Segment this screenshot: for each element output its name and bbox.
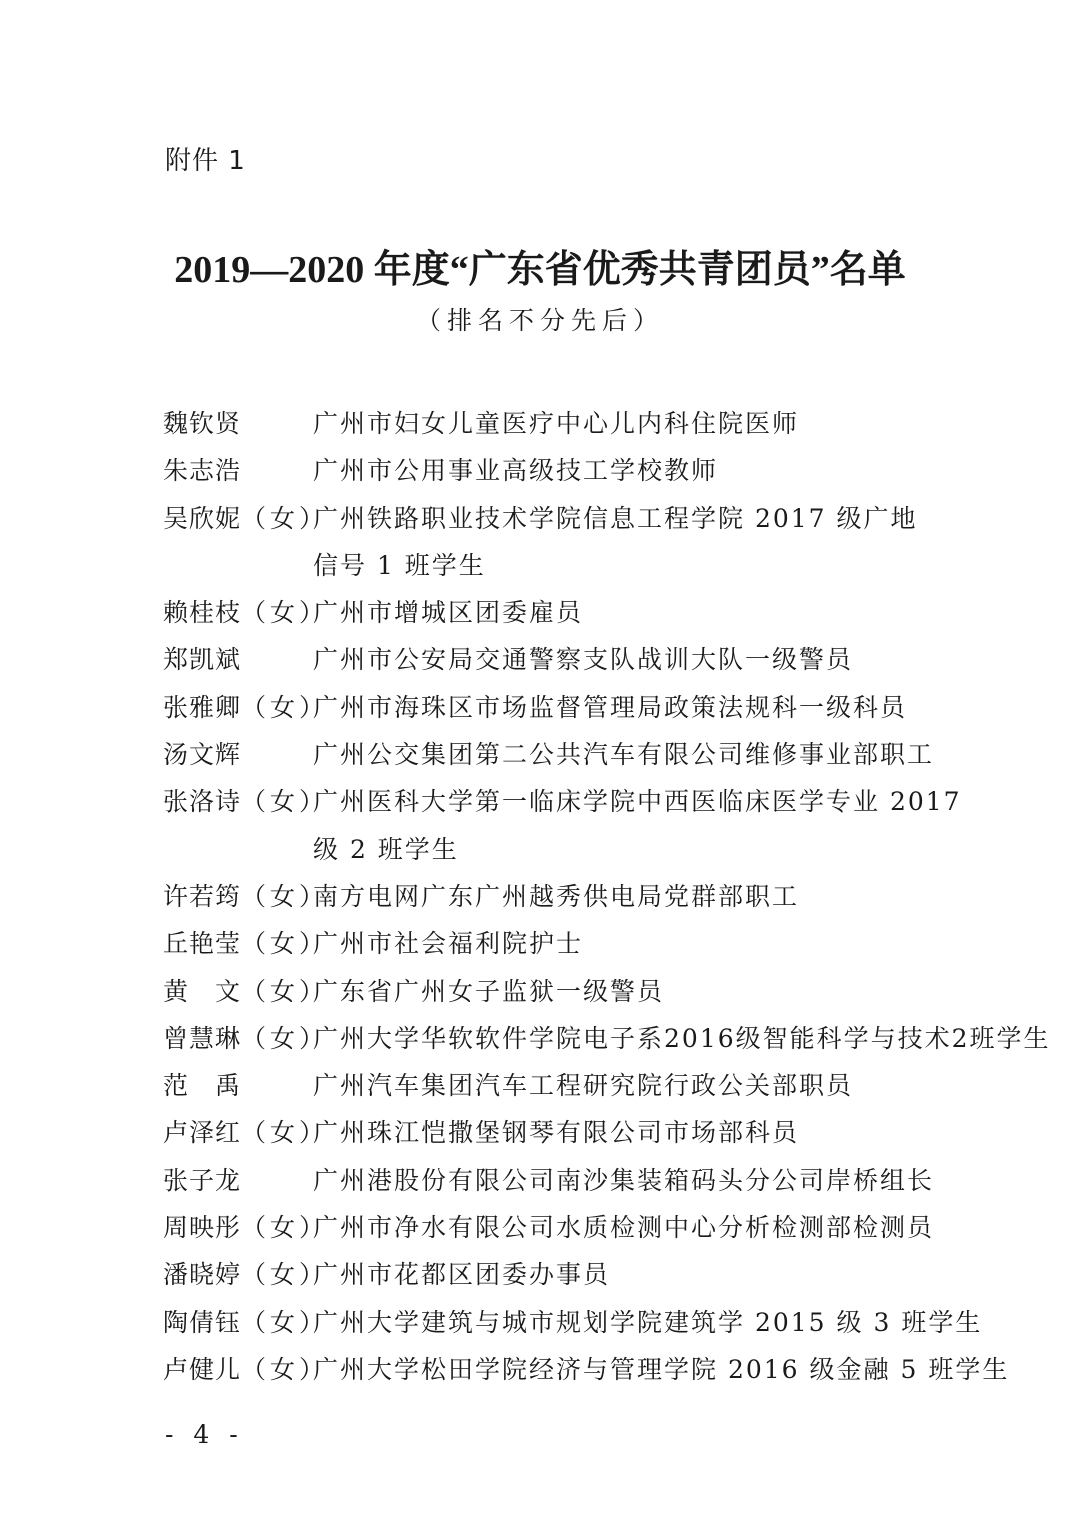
list-item: 张洛诗（女）广州医科大学第一临床学院中西医临床医学专业 2017级 2 班学生 [163,782,963,877]
affiliation-line: 广州市海珠区市场监督管理局政策法规科一级科员 [313,688,963,735]
gender-tag: （女） [241,782,328,822]
gender-tag: （女） [241,1208,328,1248]
honoree-affiliation: 广州珠江恺撒堡钢琴有限公司市场部科员 [313,1113,963,1160]
affiliation-line: 广州市妇女儿童医疗中心儿内科住院医师 [313,404,963,451]
honoree-name: 卢泽红 [163,1118,241,1147]
honoree-list: 魏钦贤广州市妇女儿童医疗中心儿内科住院医师朱志浩广州市公用事业高级技工学校教师吴… [163,404,963,1397]
honoree-name-cell: 魏钦贤 [163,404,313,451]
honoree-name-cell: 周映彤（女） [163,1208,313,1255]
affiliation-line: 信号 1 班学生 [313,546,963,593]
affiliation-line: 广州汽车集团汽车工程研究院行政公关部职员 [313,1066,963,1113]
affiliation-line: 广州铁路职业技术学院信息工程学院 2017 级广地 [313,499,963,546]
gender-tag: （女） [241,593,328,633]
list-item: 丘艳莹（女）广州市社会福利院护士 [163,924,963,971]
document-title: 2019—2020 年度“广东省优秀共青团员”名单 [0,238,1080,293]
list-item: 潘晓婷（女）广州市花都区团委办事员 [163,1255,963,1302]
honoree-name: 黄 文 [163,977,241,1006]
honoree-name: 陶倩钰 [163,1308,241,1337]
gender-tag: （女） [241,499,328,539]
affiliation-line: 广州港股份有限公司南沙集装箱码头分公司岸桥组长 [313,1161,963,1208]
list-item: 郑凯斌广州市公安局交通警察支队战训大队一级警员 [163,640,963,687]
honoree-affiliation: 广州大学松田学院经济与管理学院 2016 级金融 5 班学生 [313,1350,1009,1397]
gender-tag: （女） [241,924,328,964]
list-item: 陶倩钰（女）广州大学建筑与城市规划学院建筑学 2015 级 3 班学生 [163,1303,963,1350]
gender-tag: （女） [241,688,328,728]
list-item: 曾慧琳（女）广州大学华软软件学院电子系2016级智能科学与技术2班学生 [163,1019,963,1066]
list-item: 朱志浩广州市公用事业高级技工学校教师 [163,451,963,498]
list-item: 卢泽红（女）广州珠江恺撒堡钢琴有限公司市场部科员 [163,1113,963,1160]
honoree-name-cell: 汤文辉 [163,735,313,782]
honoree-affiliation: 广州市增城区团委雇员 [313,593,963,640]
honoree-name: 朱志浩 [163,456,241,485]
honoree-name-cell: 张雅卿（女） [163,688,313,735]
page-number: - 4 - [165,1420,244,1449]
affiliation-line: 广州公交集团第二公共汽车有限公司维修事业部职工 [313,735,963,782]
affiliation-line: 广州珠江恺撒堡钢琴有限公司市场部科员 [313,1113,963,1160]
list-item: 周映彤（女）广州市净水有限公司水质检测中心分析检测部检测员 [163,1208,963,1255]
honoree-affiliation: 广州市社会福利院护士 [313,924,963,971]
honoree-name: 郑凯斌 [163,645,241,674]
attachment-label: 附件 1 [165,140,246,177]
honoree-name: 张子龙 [163,1166,241,1195]
honoree-affiliation: 广州公交集团第二公共汽车有限公司维修事业部职工 [313,735,963,782]
list-item: 吴欣妮（女）广州铁路职业技术学院信息工程学院 2017 级广地信号 1 班学生 [163,499,963,594]
gender-tag: （女） [241,1255,328,1295]
honoree-name: 张雅卿 [163,693,241,722]
honoree-name: 周映彤 [163,1213,241,1242]
honoree-affiliation: 广州铁路职业技术学院信息工程学院 2017 级广地信号 1 班学生 [313,499,963,594]
list-item: 张雅卿（女）广州市海珠区市场监督管理局政策法规科一级科员 [163,688,963,735]
affiliation-line: 广州市公用事业高级技工学校教师 [313,451,963,498]
affiliation-line: 广州医科大学第一临床学院中西医临床医学专业 2017 [313,782,963,829]
list-item: 黄 文（女）广东省广州女子监狱一级警员 [163,972,963,1019]
gender-tag: （女） [241,972,328,1012]
honoree-name: 汤文辉 [163,740,241,769]
list-item: 张子龙广州港股份有限公司南沙集装箱码头分公司岸桥组长 [163,1161,963,1208]
honoree-affiliation: 广州大学华软软件学院电子系2016级智能科学与技术2班学生 [313,1019,1051,1066]
honoree-name: 范 禹 [163,1071,241,1100]
honoree-affiliation: 广州市公安局交通警察支队战训大队一级警员 [313,640,963,687]
affiliation-line: 广州市净水有限公司水质检测中心分析检测部检测员 [313,1208,963,1255]
honoree-name-cell: 卢健儿（女） [163,1350,313,1397]
honoree-affiliation: 广州港股份有限公司南沙集装箱码头分公司岸桥组长 [313,1161,963,1208]
honoree-name-cell: 陶倩钰（女） [163,1303,313,1350]
honoree-affiliation: 广州市妇女儿童医疗中心儿内科住院医师 [313,404,963,451]
honoree-affiliation: 广州市净水有限公司水质检测中心分析检测部检测员 [313,1208,963,1255]
honoree-name: 魏钦贤 [163,409,241,438]
document-subtitle: （排名不分先后） [0,301,1080,337]
honoree-name-cell: 赖桂枝（女） [163,593,313,640]
affiliation-line: 南方电网广东广州越秀供电局党群部职工 [313,877,963,924]
affiliation-line: 广州大学松田学院经济与管理学院 2016 级金融 5 班学生 [313,1350,1009,1397]
affiliation-line: 级 2 班学生 [313,830,963,877]
affiliation-line: 广州市社会福利院护士 [313,924,963,971]
affiliation-line: 广州市增城区团委雇员 [313,593,963,640]
list-item: 赖桂枝（女）广州市增城区团委雇员 [163,593,963,640]
honoree-name-cell: 郑凯斌 [163,640,313,687]
honoree-affiliation: 广州医科大学第一临床学院中西医临床医学专业 2017级 2 班学生 [313,782,963,877]
honoree-name-cell: 朱志浩 [163,451,313,498]
gender-tag: （女） [241,1350,328,1390]
honoree-name-cell: 黄 文（女） [163,972,313,1019]
honoree-name-cell: 卢泽红（女） [163,1113,313,1160]
honoree-affiliation: 广州市花都区团委办事员 [313,1255,963,1302]
gender-tag: （女） [241,877,328,917]
affiliation-line: 广州大学华软软件学院电子系2016级智能科学与技术2班学生 [313,1019,1051,1066]
list-item: 范 禹广州汽车集团汽车工程研究院行政公关部职员 [163,1066,963,1113]
honoree-name-cell: 吴欣妮（女） [163,499,313,546]
honoree-affiliation: 南方电网广东广州越秀供电局党群部职工 [313,877,963,924]
affiliation-line: 广东省广州女子监狱一级警员 [313,972,963,1019]
honoree-name: 卢健儿 [163,1355,241,1384]
honoree-name-cell: 许若筠（女） [163,877,313,924]
honoree-name: 赖桂枝 [163,598,241,627]
honoree-name-cell: 丘艳莹（女） [163,924,313,971]
honoree-affiliation: 广州市公用事业高级技工学校教师 [313,451,963,498]
list-item: 卢健儿（女）广州大学松田学院经济与管理学院 2016 级金融 5 班学生 [163,1350,963,1397]
honoree-name: 丘艳莹 [163,929,241,958]
honoree-name-cell: 曾慧琳（女） [163,1019,313,1066]
honoree-name: 吴欣妮 [163,504,241,533]
honoree-name: 曾慧琳 [163,1024,241,1053]
list-item: 许若筠（女）南方电网广东广州越秀供电局党群部职工 [163,877,963,924]
gender-tag: （女） [241,1019,328,1059]
honoree-name: 张洛诗 [163,787,241,816]
gender-tag: （女） [241,1303,328,1343]
affiliation-line: 广州市公安局交通警察支队战训大队一级警员 [313,640,963,687]
honoree-affiliation: 广州汽车集团汽车工程研究院行政公关部职员 [313,1066,963,1113]
honoree-affiliation: 广州大学建筑与城市规划学院建筑学 2015 级 3 班学生 [313,1303,982,1350]
honoree-name-cell: 范 禹 [163,1066,313,1113]
list-item: 魏钦贤广州市妇女儿童医疗中心儿内科住院医师 [163,404,963,451]
affiliation-line: 广州大学建筑与城市规划学院建筑学 2015 级 3 班学生 [313,1303,982,1350]
honoree-name-cell: 张子龙 [163,1161,313,1208]
honoree-name-cell: 张洛诗（女） [163,782,313,829]
honoree-name: 潘晓婷 [163,1260,241,1289]
gender-tag: （女） [241,1113,328,1153]
honoree-name: 许若筠 [163,882,241,911]
affiliation-line: 广州市花都区团委办事员 [313,1255,963,1302]
list-item: 汤文辉广州公交集团第二公共汽车有限公司维修事业部职工 [163,735,963,782]
honoree-affiliation: 广州市海珠区市场监督管理局政策法规科一级科员 [313,688,963,735]
honoree-affiliation: 广东省广州女子监狱一级警员 [313,972,963,1019]
honoree-name-cell: 潘晓婷（女） [163,1255,313,1302]
